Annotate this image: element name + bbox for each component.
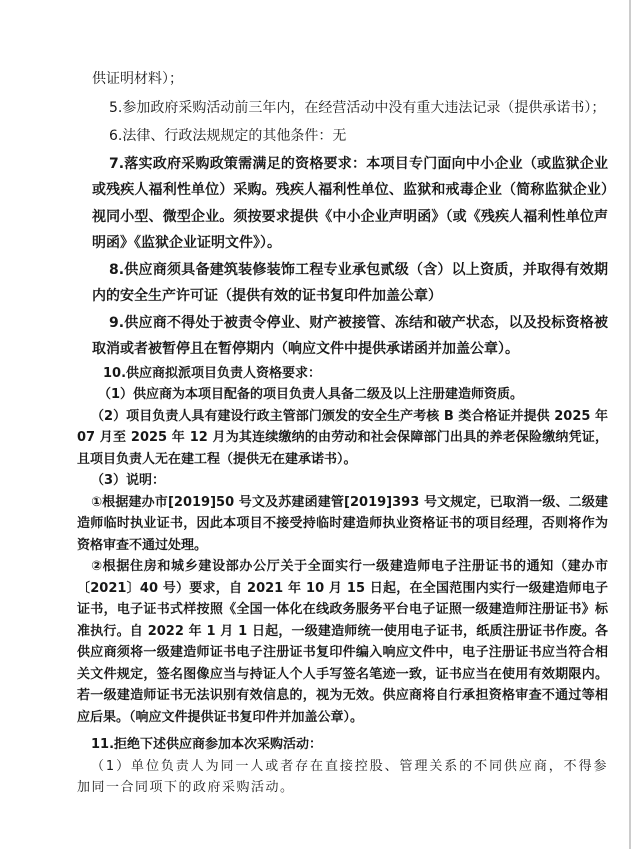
paragraph: ②根据住房和城乡建设部办公厅关于全面实行一级建造师电子注册证书的通知（建办市〔2… [77,556,608,728]
paragraph: 5.参加政府采购活动前三年内，在经营活动中没有重大违法记录（提供承诺书）； [92,94,608,123]
paragraph: 10.供应商拟派项目负责人资格要求： [89,363,608,385]
paragraph: （1）供应商为本项目配备的项目负责人具备二级及以上注册建造师资质。 [84,384,608,406]
paragraph: （3）说明： [77,470,608,492]
document-page: 供证明材料）；5.参加政府采购活动前三年内，在经营活动中没有重大违法记录（提供承… [0,0,635,849]
paragraph: 11.拒绝下述供应商参加本次采购活动： [77,734,608,756]
paragraph: 供证明材料）； [92,65,608,94]
paragraph: （2）项目负责人具有建设行政主管部门颁发的安全生产考核 B 类合格证并提供 20… [77,406,608,471]
paragraph: 9.供应商不得处于被责令停业、财产被接管、冻结和破产状态，以及投标资格被取消或者… [92,310,608,363]
paragraph: 7.落实政府采购政策需满足的资格要求：本项目专门面向中小企业（或监狱企业或残疾人… [92,151,608,257]
document-body: 供证明材料）；5.参加政府采购活动前三年内，在经营活动中没有重大违法记录（提供承… [77,65,608,799]
paragraph: ①根据建办市[2019]50 号文及苏建函建管[2019]393 号文规定，已取… [77,492,608,557]
paragraph: 6.法律、行政法规规定的其他条件：无 [92,122,608,151]
paragraph: 8.供应商须具备建筑装修装饰工程专业承包贰级（含）以上资质，并取得有效期内的安全… [92,257,608,310]
paragraph: （1）单位负责人为同一人或者存在直接控股、管理关系的不同供应商，不得参加同一合同… [77,756,608,799]
page-right-edge-line [629,0,631,849]
